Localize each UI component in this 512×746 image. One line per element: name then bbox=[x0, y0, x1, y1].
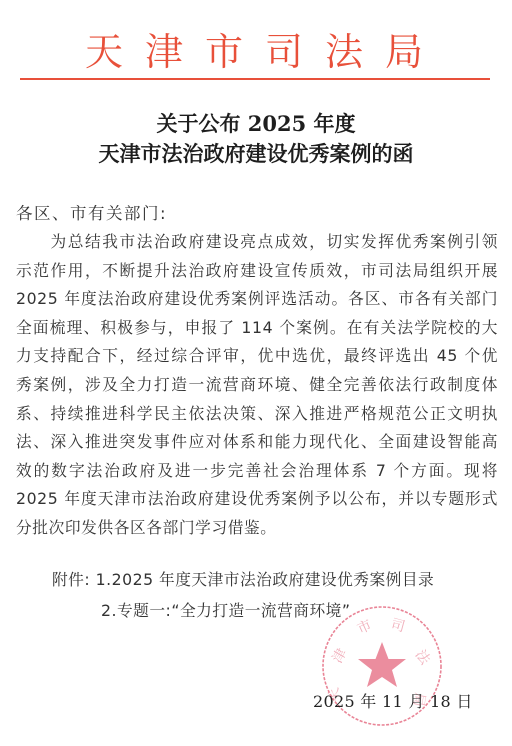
body-line: 2025 年度法治政府建设优秀案例评选活动。各区、市各有关部门 bbox=[16, 285, 498, 314]
body-line: 力支持配合下，经过综合评审，优中选优，最终评选出 45 个优 bbox=[16, 342, 498, 371]
body-line: 效的数字法治政府及进一步完善社会治理体系 7 个方面。现将 bbox=[16, 457, 498, 486]
body-paragraph: 为总结我市法治政府建设亮点成效，切实发挥优秀案例引领 示范作用，不断提升法治政府… bbox=[16, 228, 498, 543]
issue-date: 2025 年 11 月 18 日 bbox=[313, 689, 473, 712]
document-title-line-1: 关于公布 2025 年度 bbox=[0, 110, 512, 138]
body-line: 法、深入推进突发事件应对体系和能力现代化、全面建设智能高 bbox=[16, 428, 498, 457]
body-line: 全面梳理、积极参与，申报了 114 个案例。在有关法学院校的大 bbox=[16, 314, 498, 343]
body-line: 系、持续推进科学民主依法决策、深入推进严格规范公正文明执 bbox=[16, 400, 498, 429]
attachment-label: 附件: bbox=[52, 570, 90, 589]
attachment-2: 2.专题一:“全力打造一流营商环境” bbox=[101, 599, 350, 621]
body-line: 2025 年度天津市法治政府建设优秀案例予以公布，并以专题形式 bbox=[16, 485, 498, 514]
document-title-line-2: 天津市法治政府建设优秀案例的函 bbox=[0, 140, 512, 168]
masthead-divider bbox=[20, 78, 490, 80]
attachment-item-2: 2.专题一:“全力打造一流营商环境” bbox=[101, 601, 350, 620]
body-line: 示范作用，不断提升法治政府建设宣传质效，市司法局组织开展 bbox=[16, 257, 498, 286]
body-line: 秀案例，涉及全力打造一流营商环境、健全完善依法行政制度体 bbox=[16, 371, 498, 400]
salutation: 各区、市有关部门: bbox=[16, 200, 167, 224]
attachment-item-1: 1.2025 年度天津市法治政府建设优秀案例目录 bbox=[96, 570, 435, 589]
attachment-1: 附件: 1.2025 年度天津市法治政府建设优秀案例目录 bbox=[52, 568, 434, 590]
svg-text:法: 法 bbox=[412, 647, 435, 669]
svg-text:市: 市 bbox=[355, 617, 374, 637]
body-line: 为总结我市法治政府建设亮点成效，切实发挥优秀案例引领 bbox=[16, 228, 498, 257]
body-line: 分批次印发供各区各部门学习借鉴。 bbox=[16, 514, 498, 543]
issuer-masthead: 天津市司法局 bbox=[0, 30, 512, 74]
svg-text:司: 司 bbox=[389, 616, 407, 635]
svg-text:津: 津 bbox=[330, 646, 351, 666]
